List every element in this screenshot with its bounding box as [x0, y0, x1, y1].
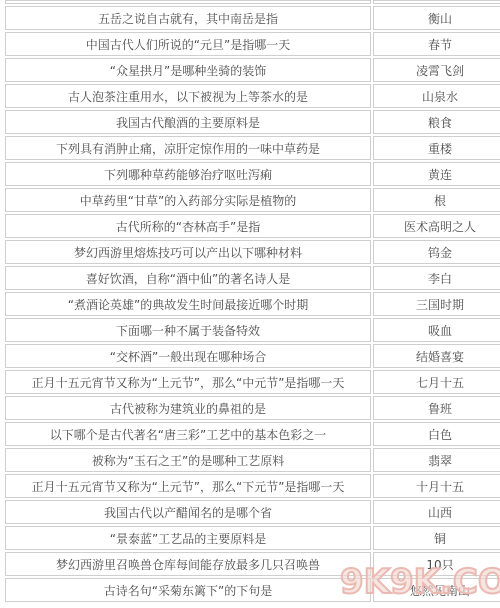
table-row: 我国古代酿酒的主要原料是 粮食	[5, 110, 500, 134]
question-cell: 被称为“玉石之王”的是哪种工艺原料	[5, 448, 371, 472]
table-row: 梦幻西游里召唤兽仓库每间能存放最多几只召唤兽 10只	[5, 552, 500, 576]
partial-question-cell	[5, 0, 371, 4]
answer-cell: 白色	[373, 422, 500, 446]
question-cell: 古诗名句“采菊东篱下”的下句是	[5, 578, 371, 602]
answer-cell: 根	[373, 188, 500, 212]
table-row: 古诗名句“采菊东篱下”的下句是 悠然见南山	[5, 578, 500, 602]
table-row: 中国古代人们所说的“元旦”是指哪一天 春节	[5, 32, 500, 56]
table-row: “煮酒论英雄”的典故发生时间最接近哪个时期 三国时期	[5, 292, 500, 316]
table-row: 古代所称的“杏林高手”是指 医术高明之人	[5, 214, 500, 238]
answer-cell: 铜	[373, 526, 500, 550]
answer-cell: 十月十五	[373, 474, 500, 498]
question-cell: 中国古代人们所说的“元旦”是指哪一天	[5, 32, 371, 56]
table-row: 正月十五元宵节又称为“上元节”，那么“中元节”是指哪一天 七月十五	[5, 370, 500, 394]
answer-cell: 黄连	[373, 162, 500, 186]
answer-cell: 三国时期	[373, 292, 500, 316]
table-row: 下列哪种草药能够治疗呕吐泻痢 黄连	[5, 162, 500, 186]
table-row: “众星拱月”是哪种坐骑的装饰 凌霄飞剑	[5, 58, 500, 82]
answer-cell: 粮食	[373, 110, 500, 134]
answer-cell: 钨金	[373, 240, 500, 264]
answer-cell: 10只	[373, 552, 500, 576]
table-row: 梦幻西游里熔炼技巧可以产出以下哪种材料 钨金	[5, 240, 500, 264]
answer-cell: 医术高明之人	[373, 214, 500, 238]
question-cell: 古人泡茶注重用水，以下被视为上等茶水的是	[5, 84, 371, 108]
partial-row-top	[5, 0, 500, 4]
question-cell: 下面哪一种不属于装备特效	[5, 318, 371, 342]
question-cell: 下列具有消肿止痛，凉肝定惊作用的一味中草药是	[5, 136, 371, 160]
question-cell: “煮酒论英雄”的典故发生时间最接近哪个时期	[5, 292, 371, 316]
question-cell: 正月十五元宵节又称为“上元节”，那么“中元节”是指哪一天	[5, 370, 371, 394]
question-cell: 五岳之说自古就有，其中南岳是指	[5, 6, 371, 30]
table-row: 古代被称为建筑业的鼻祖的是 鲁班	[5, 396, 500, 420]
quiz-answers-page: 五岳之说自古就有，其中南岳是指 衡山 中国古代人们所说的“元旦”是指哪一天 春节…	[0, 0, 500, 608]
answer-cell: 翡翠	[373, 448, 500, 472]
table-row: 以下哪个是古代著名“唐三彩”工艺中的基本色彩之一 白色	[5, 422, 500, 446]
question-cell: “众星拱月”是哪种坐骑的装饰	[5, 58, 371, 82]
answer-cell: 春节	[373, 32, 500, 56]
table-row: 五岳之说自古就有，其中南岳是指 衡山	[5, 6, 500, 30]
table-row: 被称为“玉石之王”的是哪种工艺原料 翡翠	[5, 448, 500, 472]
question-cell: 以下哪个是古代著名“唐三彩”工艺中的基本色彩之一	[5, 422, 371, 446]
table-row: 正月十五元宵节又称为“上元节”，那么“下元节”是指哪一天 十月十五	[5, 474, 500, 498]
question-cell: 古代所称的“杏林高手”是指	[5, 214, 371, 238]
question-cell: 我国古代以产醋闻名的是哪个省	[5, 500, 371, 524]
question-cell: “交杯酒”一般出现在哪种场合	[5, 344, 371, 368]
table-row: 喜好饮酒，自称“酒中仙”的著名诗人是 李白	[5, 266, 500, 290]
answer-cell: 山西	[373, 500, 500, 524]
quiz-table-body: 五岳之说自古就有，其中南岳是指 衡山 中国古代人们所说的“元旦”是指哪一天 春节…	[5, 0, 500, 602]
answer-cell: 山泉水	[373, 84, 500, 108]
table-row: 下面哪一种不属于装备特效 吸血	[5, 318, 500, 342]
table-row: “交杯酒”一般出现在哪种场合 结婚喜宴	[5, 344, 500, 368]
question-cell: 我国古代酿酒的主要原料是	[5, 110, 371, 134]
answer-cell: 吸血	[373, 318, 500, 342]
question-cell: 正月十五元宵节又称为“上元节”，那么“下元节”是指哪一天	[5, 474, 371, 498]
question-cell: 中草药里“甘草”的入药部分实际是植物的	[5, 188, 371, 212]
table-row: 中草药里“甘草”的入药部分实际是植物的 根	[5, 188, 500, 212]
question-cell: 喜好饮酒，自称“酒中仙”的著名诗人是	[5, 266, 371, 290]
answer-cell: 凌霄飞剑	[373, 58, 500, 82]
question-cell: 古代被称为建筑业的鼻祖的是	[5, 396, 371, 420]
table-row: 古人泡茶注重用水，以下被视为上等茶水的是 山泉水	[5, 84, 500, 108]
answer-cell: 李白	[373, 266, 500, 290]
table-row: 下列具有消肿止痛，凉肝定惊作用的一味中草药是 重楼	[5, 136, 500, 160]
answer-cell: 悠然见南山	[373, 578, 500, 602]
answer-cell: 七月十五	[373, 370, 500, 394]
answer-cell: 重楼	[373, 136, 500, 160]
question-cell: 梦幻西游里召唤兽仓库每间能存放最多几只召唤兽	[5, 552, 371, 576]
table-row: 我国古代以产醋闻名的是哪个省 山西	[5, 500, 500, 524]
quiz-answer-table: 五岳之说自古就有，其中南岳是指 衡山 中国古代人们所说的“元旦”是指哪一天 春节…	[3, 0, 500, 604]
answer-cell: 鲁班	[373, 396, 500, 420]
answer-cell: 衡山	[373, 6, 500, 30]
question-cell: 梦幻西游里熔炼技巧可以产出以下哪种材料	[5, 240, 371, 264]
table-row: “景泰蓝”工艺品的主要原料是 铜	[5, 526, 500, 550]
partial-answer-cell	[373, 0, 500, 4]
answer-cell: 结婚喜宴	[373, 344, 500, 368]
question-cell: “景泰蓝”工艺品的主要原料是	[5, 526, 371, 550]
question-cell: 下列哪种草药能够治疗呕吐泻痢	[5, 162, 371, 186]
